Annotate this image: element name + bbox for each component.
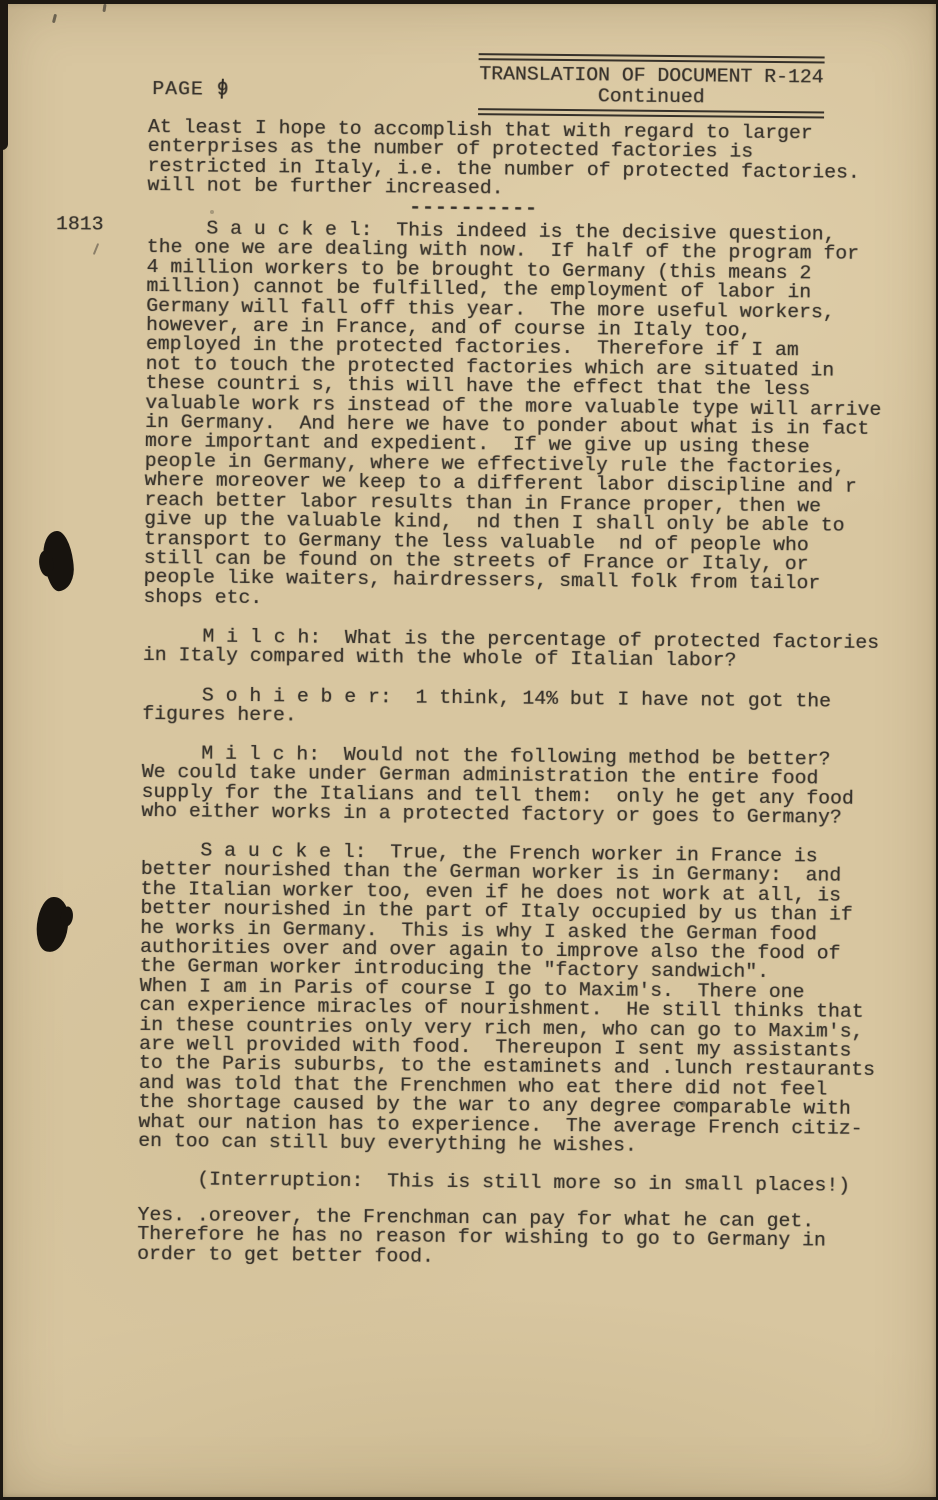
document-header-stamp: TRANSLATION OF DOCUMENT R-124 Continued — [478, 53, 825, 118]
scanned-document-page: PAGE 9 TRANSLATION OF DOCUMENT R-124 Con… — [0, 0, 938, 1500]
paragraph-interruption: (Interruption: This is still more so in … — [138, 1170, 850, 1196]
dashed-separator: ---------- — [409, 196, 538, 219]
paragraph-closing: Yes. .oreover, the Frenchman can pay for… — [137, 1206, 826, 1271]
document-title: TRANSLATION OF DOCUMENT R-124 — [478, 63, 824, 88]
paragraph-milch-2: M i l c h: Would not the following metho… — [141, 744, 854, 828]
paragraph-sauckel-2: S a u c k e l: True, the French worker i… — [138, 841, 877, 1159]
document-subtitle: Continued — [478, 85, 824, 108]
paragraph-schieber: S o h i e b e r: 1 think, 14% but I have… — [142, 686, 831, 731]
paragraph-sauckel-1: S a u c k e l: This indeed is the decisi… — [143, 219, 883, 614]
header-rule-bottom2 — [478, 113, 824, 118]
paragraph-milch-1: M i l c h: What is the percentage of pro… — [143, 627, 879, 673]
margin-page-number: 1813 — [56, 213, 104, 235]
typewritten-layer: PAGE 9 TRANSLATION OF DOCUMENT R-124 Con… — [0, 0, 938, 1500]
paragraph-intro: At least I hope to accomplish that with … — [147, 118, 860, 202]
page-number-label: PAGE 9 — [152, 78, 229, 101]
